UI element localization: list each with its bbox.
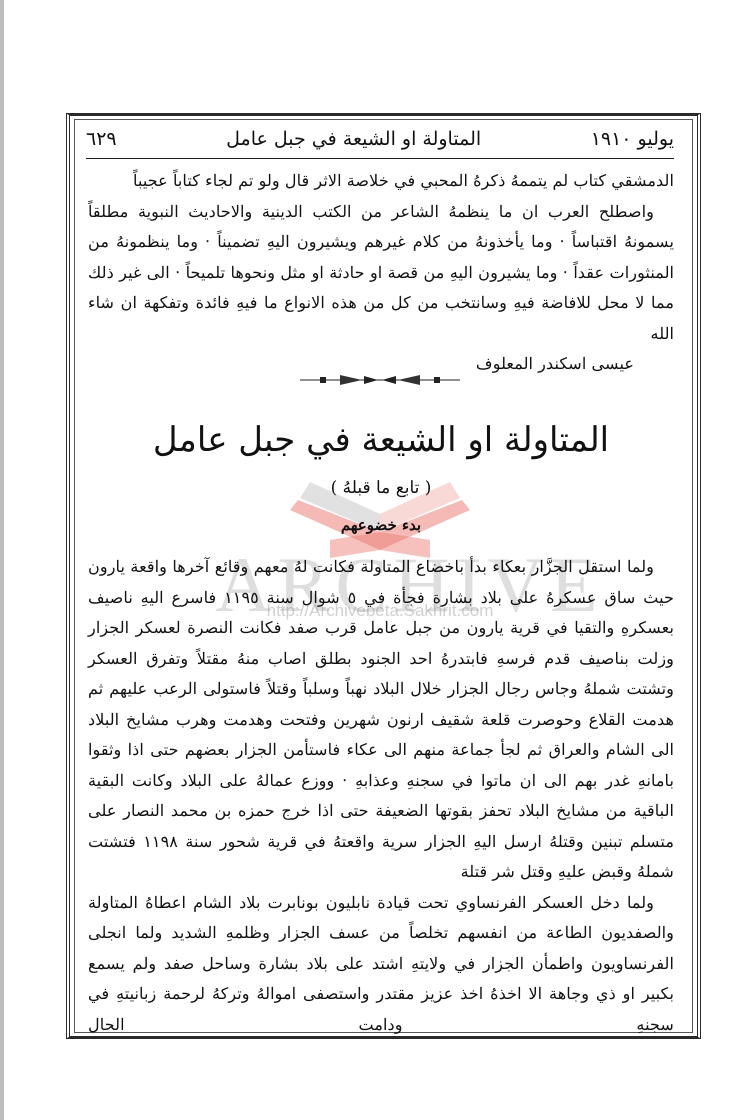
section-divider-ornament-icon <box>300 373 460 387</box>
paragraph: واصطلح العرب ان ما ينظمهُ الشاعر من الكت… <box>88 197 674 350</box>
article-title: المتاولة او الشيعة في جبل عامل <box>88 418 674 462</box>
previous-article-ending: الدمشقي كتاب لم يتممهُ ذكرهُ المحبي في خ… <box>88 166 674 380</box>
paragraph: ولما استقل الجزَّار بعكاء بدأ باخضاع الم… <box>88 552 674 888</box>
paragraph: الدمشقي كتاب لم يتممهُ ذكرهُ المحبي في خ… <box>88 166 674 197</box>
scan-edge <box>0 0 4 1120</box>
paragraph: ولما دخل العسكر الفرنساوي تحت قيادة نابل… <box>88 888 674 1041</box>
header-rule <box>86 158 674 159</box>
article-subtitle: ( تابع ما قبلهُ ) <box>88 476 674 500</box>
issue-date: يوليو ١٩١٠ <box>591 128 674 150</box>
running-head: يوليو ١٩١٠ المتاولة او الشيعة في جبل عام… <box>86 124 674 154</box>
running-title: المتاولة او الشيعة في جبل عامل <box>226 128 481 150</box>
page-number: ٦٢٩ <box>86 128 117 150</box>
article-body: ولما استقل الجزَّار بعكاء بدأ باخضاع الم… <box>88 552 674 1040</box>
section-heading: بدء خضوعهم <box>88 514 674 536</box>
